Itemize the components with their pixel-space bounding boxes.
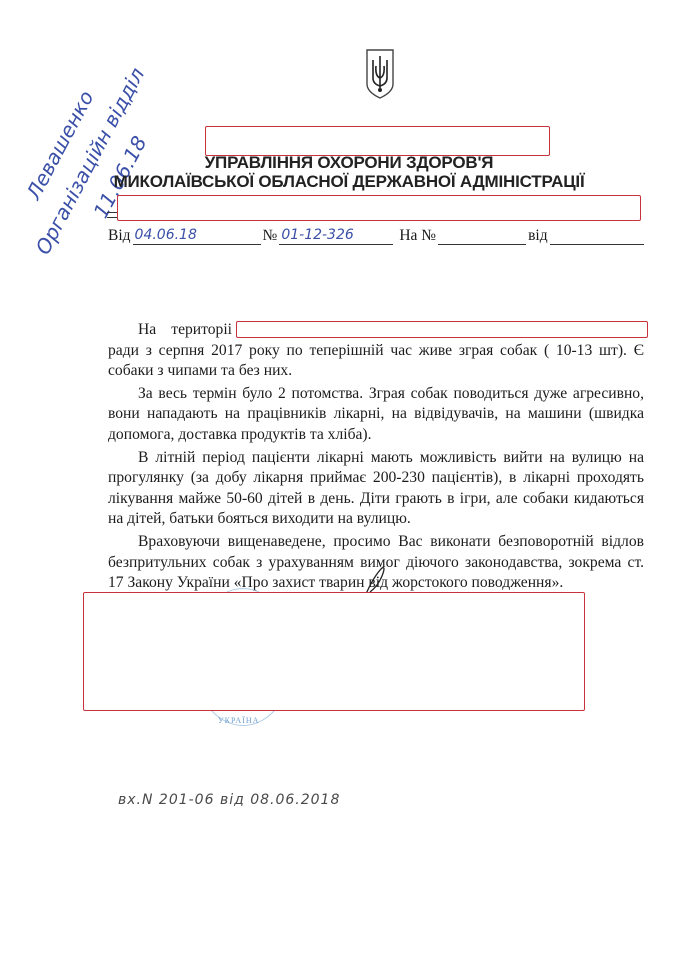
redaction-signatory	[83, 592, 585, 711]
redaction-header-top	[205, 126, 550, 156]
registration-line: Від 04.06.18 № 01-12-326 На № від	[108, 226, 646, 245]
number-field: 01-12-326	[279, 226, 393, 245]
org-name-line2: МИКОЛАЇВСЬКОЇ ОБЛАСНОЇ ДЕРЖАВНОЇ АДМІНІС…	[0, 172, 698, 192]
paragraph-3: В літній період пацієнти лікарні мають м…	[108, 448, 644, 530]
number-label: №	[263, 227, 278, 245]
number-value: 01-12-326	[281, 227, 353, 243]
paragraph-1-prefix: На територіі	[138, 321, 232, 338]
reply-to-field	[438, 226, 526, 245]
redaction-institution	[236, 321, 648, 338]
redaction-address	[117, 195, 641, 221]
incoming-registration-note: вх.N 201-06 від 08.06.2018	[118, 792, 340, 808]
reply-to-label: На №	[399, 227, 436, 245]
from-date-field: 04.06.18	[133, 226, 261, 245]
trident-coat-of-arms-icon	[365, 48, 395, 100]
paragraph-1-rest: ради з серпня 2017 року по теперішній ча…	[108, 342, 644, 380]
org-name-line1: УПРАВЛІННЯ ОХОРОНИ ЗДОРОВ'Я	[0, 153, 698, 173]
reply-date-label: від	[528, 227, 548, 245]
from-date-value: 04.06.18	[135, 227, 197, 243]
stamp-text: УКРАЇНА	[218, 716, 259, 725]
paragraph-2: За весь термін було 2 потомства. Зграя с…	[108, 384, 644, 446]
letter-body: На територіі ради з серпня 2017 року по …	[108, 320, 644, 594]
address-marker	[107, 212, 117, 218]
from-label: Від	[108, 227, 131, 245]
reply-date-field	[550, 226, 644, 245]
